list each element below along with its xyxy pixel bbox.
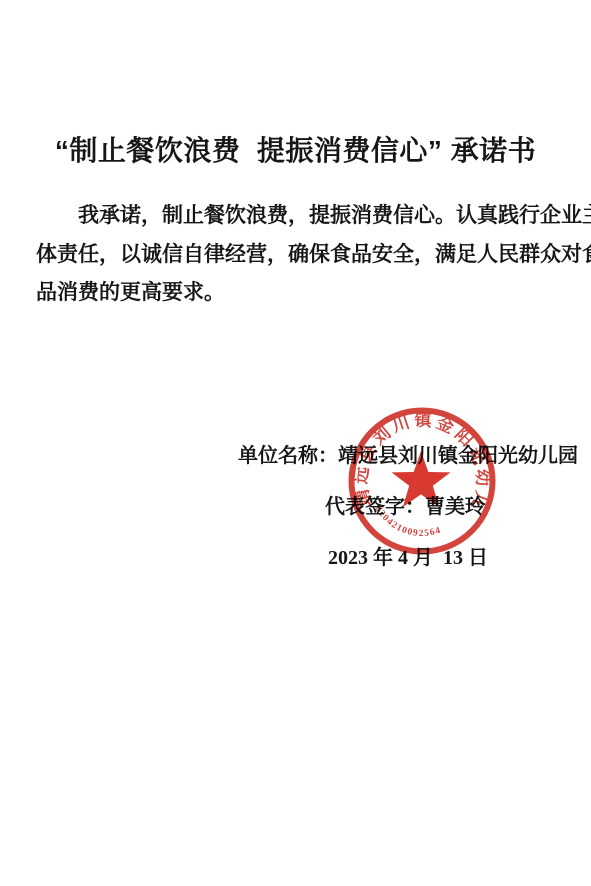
paragraph-line: 我承诺，制止餐饮浪费，提振消费信心。认真践行企业主 [36, 196, 562, 235]
paragraph-line: 品消费的更高要求。 [36, 273, 562, 312]
paragraph-line: 体责任，以诚信自律经营，确保食品安全，满足人民群众对食 [36, 235, 562, 274]
document-page: “制止餐饮浪费 提振消费信心” 承诺书 我承诺，制止餐饮浪费，提振消费信心。认真… [0, 0, 591, 886]
seal-ring [352, 411, 493, 552]
representative-label: 代表签字： [325, 496, 425, 518]
unit-name-label: 单位名称： [238, 445, 338, 467]
document-title: “制止餐饮浪费 提振消费信心” 承诺书 [0, 129, 591, 169]
official-seal: 靖远县刘川镇金阳光幼儿园 6204210092564 [346, 406, 498, 556]
unit-name-value: 靖远县刘川镇金阳光幼儿园 [338, 445, 578, 467]
representative-name: 曹美玲 [425, 496, 485, 518]
representative-signature-line: 代表签字：曹美玲 [325, 494, 485, 520]
unit-name-line: 单位名称：靖远县刘川镇金阳光幼儿园 [238, 443, 578, 469]
commitment-paragraph: 我承诺，制止餐饮浪费，提振消费信心。认真践行企业主 体责任，以诚信自律经营，确保… [36, 196, 562, 312]
date-line: 2023 年 4 月 13 日 [328, 545, 488, 571]
